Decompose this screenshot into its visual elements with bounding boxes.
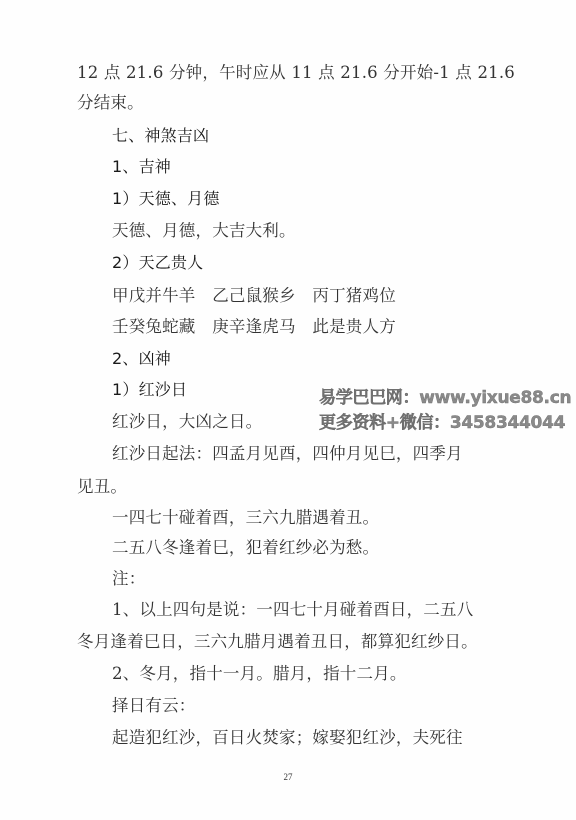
section-heading: 七、神煞吉凶 xyxy=(112,126,544,146)
section-heading: 1、吉神 xyxy=(112,157,544,177)
paragraph-line: 冬月逢着巳日，三六九腊月遇着丑日，都算犯红纱日。 xyxy=(77,632,509,652)
paragraph-line: 择日有云： xyxy=(112,696,544,716)
paragraph-line: 天德、月德，大吉大利。 xyxy=(112,221,544,241)
watermark: 易学巴巴网：www.yixue88.cn 更多资料+微信：3458344044 xyxy=(319,386,571,436)
paragraph-line: 一四七十碰着酉，三六九腊遇着丑。 xyxy=(112,508,544,528)
paragraph-line: 红沙日起法：四孟月见酉，四仲月见巳，四季月 xyxy=(112,444,544,464)
page-number: 27 xyxy=(0,772,576,782)
paragraph-line: 注： xyxy=(112,569,544,589)
watermark-line-2: 更多资料+微信：3458344044 xyxy=(319,411,571,436)
paragraph-line: 见丑。 xyxy=(77,477,509,497)
paragraph-line: 二五八冬逢着巳，犯着红纱必为愁。 xyxy=(112,538,544,558)
section-heading: 2、凶神 xyxy=(112,349,544,369)
paragraph-line: 起造犯红沙，百日火焚家；嫁娶犯红沙，夫死往 xyxy=(112,728,544,748)
watermark-line-1: 易学巴巴网：www.yixue88.cn xyxy=(319,386,571,411)
paragraph-line: 1、以上四句是说：一四七十月碰着酉日，二五八 xyxy=(112,600,544,620)
document-page: 12 点 21.6 分钟，午时应从 11 点 21.6 分开始-1 点 21.6… xyxy=(0,0,576,820)
paragraph-line: 壬癸兔蛇藏 庚辛逢虎马 此是贵人方 xyxy=(112,317,544,337)
section-heading: 1）天德、月德 xyxy=(112,189,544,209)
paragraph-line: 甲戊并牛羊 乙己鼠猴乡 丙丁猪鸡位 xyxy=(112,286,544,306)
paragraph-line: 分结束。 xyxy=(77,93,509,113)
section-heading: 2）天乙贵人 xyxy=(112,253,544,273)
paragraph-line: 2、冬月，指十一月。腊月，指十二月。 xyxy=(112,664,544,684)
paragraph-line: 12 点 21.6 分钟，午时应从 11 点 21.6 分开始-1 点 21.6 xyxy=(77,63,509,83)
